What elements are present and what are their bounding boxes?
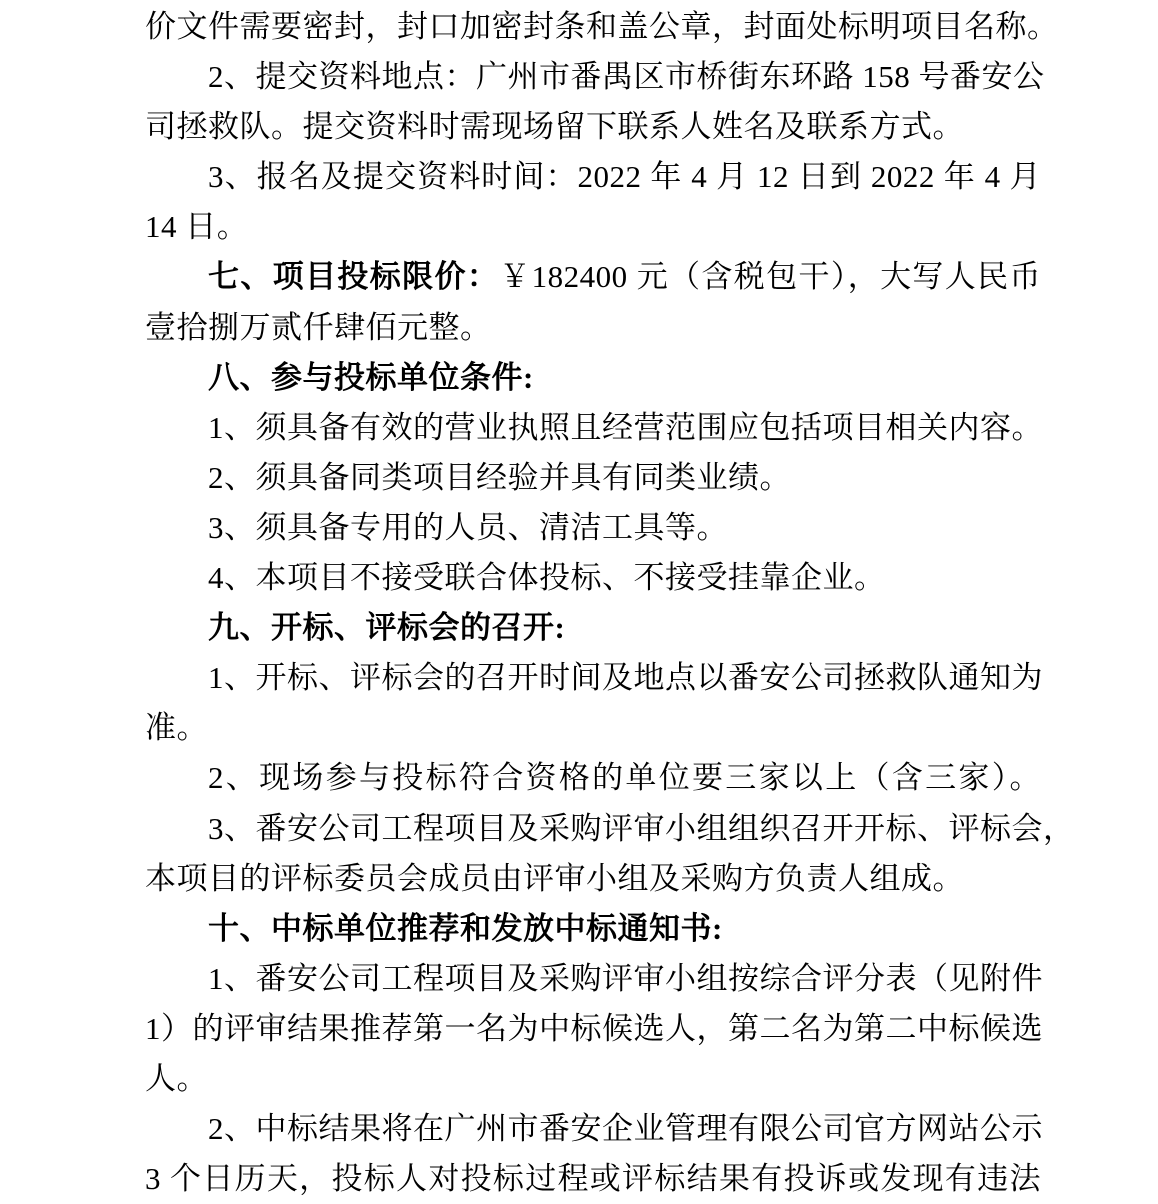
price-limit-line: 七、项目投标限价：￥182400 元（含税包干），大写人民币 — [145, 252, 1041, 302]
text-line: 1、开标、评标会的召开时间及地点以番安公司拯救队通知为 — [145, 653, 1041, 703]
text-line: 1、番安公司工程项目及采购评审小组按综合评分表（见附件 — [145, 954, 1041, 1004]
text-line: 4、本项目不接受联合体投标、不接受挂靠企业。 — [145, 553, 1041, 603]
text-line: 司拯救队。提交资料时需现场留下联系人姓名及联系方式。 — [145, 102, 1041, 152]
text-line: 壹拾捌万贰仟肆佰元整。 — [145, 303, 1041, 353]
section-heading-price-limit: 七、项目投标限价： — [208, 259, 499, 294]
text-line: 3、报名及提交资料时间：2022 年 4 月 12 日到 2022 年 4 月 — [145, 152, 1041, 202]
text-line: 3、须具备专用的人员、清洁工具等。 — [145, 503, 1041, 553]
section-heading-bid-opening: 九、开标、评标会的召开: — [145, 603, 1041, 653]
document-page: 价文件需要密封，封口加密封条和盖公章，封面处标明项目名称。 2、提交资料地点：广… — [0, 0, 1158, 1204]
text-line: 2、现场参与投标符合资格的单位要三家以上（含三家）。 — [145, 753, 1041, 803]
price-limit-value: ￥182400 元（含税包干），大写人民币 — [499, 259, 1041, 294]
text-line: 价文件需要密封，封口加密封条和盖公章，封面处标明项目名称。 — [145, 2, 1041, 52]
text-line: 1、须具备有效的营业执照且经营范围应包括项目相关内容。 — [145, 403, 1041, 453]
text-line: 1）的评审结果推荐第一名为中标候选人，第二名为第二中标候选 — [145, 1004, 1041, 1054]
text-line: 2、中标结果将在广州市番安企业管理有限公司官方网站公示 — [145, 1104, 1041, 1154]
text-line: 14 日。 — [145, 202, 1041, 252]
text-line: 3、番安公司工程项目及采购评审小组组织召开开标、评标会， — [145, 804, 1041, 854]
section-heading-bidder-conditions: 八、参与投标单位条件: — [145, 353, 1041, 403]
document-text-block: 价文件需要密封，封口加密封条和盖公章，封面处标明项目名称。 2、提交资料地点：广… — [145, 2, 1041, 1204]
text-line: 3 个日历天，投标人对投标过程或评标结果有投诉或发现有违法 — [145, 1154, 1041, 1204]
text-line: 人。 — [145, 1054, 1041, 1104]
section-heading-award-notice: 十、中标单位推荐和发放中标通知书: — [145, 904, 1041, 954]
text-line: 准。 — [145, 703, 1041, 753]
text-line: 2、须具备同类项目经验并具有同类业绩。 — [145, 453, 1041, 503]
text-line: 2、提交资料地点：广州市番禺区市桥街东环路 158 号番安公 — [145, 52, 1041, 102]
text-line: 本项目的评标委员会成员由评审小组及采购方负责人组成。 — [145, 854, 1041, 904]
